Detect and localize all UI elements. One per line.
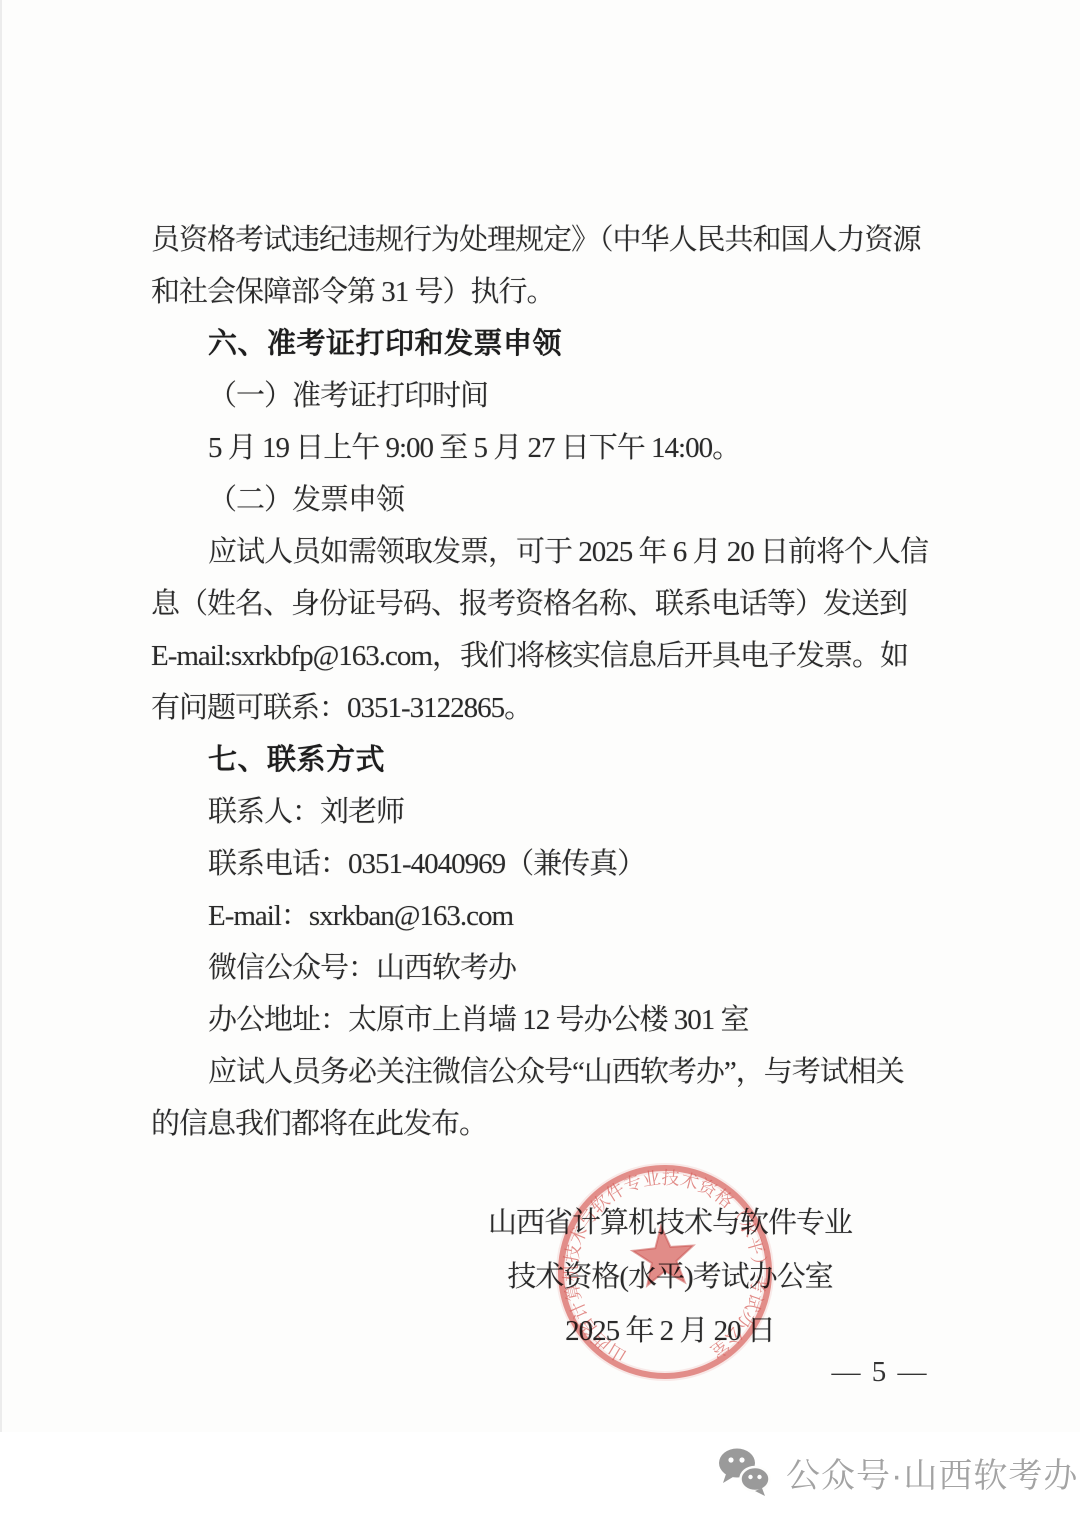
wechat-account-line: 微信公众号：山西软考办 (151, 942, 933, 994)
section-heading-7: 七、联系方式 (151, 734, 933, 786)
body-line: 息（姓名、身份证号码、报考资格名称、联系电话等）发送到 (151, 578, 933, 630)
footer-bar: 公众号·山西软考办 (0, 1432, 1080, 1526)
body-line: 和社会保障部令第 31 号）执行。 (151, 266, 933, 318)
document-page: 员资格考试违纪违规行为处理规定》（中华人民共和国人力资源 和社会保障部令第 31… (0, 0, 1080, 1526)
footer-branding: 公众号·山西软考办 (716, 1446, 1078, 1498)
body-line: 有问题可联系：0351-3122865。 (151, 682, 933, 734)
section-heading-6: 六、准考证打印和发票申领 (151, 318, 933, 370)
office-address-line: 办公地址：太原市上肖墙 12 号办公楼 301 室 (151, 994, 933, 1046)
body-line: 员资格考试违纪违规行为处理规定》（中华人民共和国人力资源 (151, 214, 933, 266)
body-line: 应试人员务必关注微信公众号“山西软考办”，与考试相关 (151, 1046, 933, 1098)
wechat-icon (716, 1446, 772, 1498)
body-line: （一）准考证打印时间 (151, 370, 933, 422)
body-line: E-mail:sxrkbfp@163.com，我们将核实信息后开具电子发票。如 (151, 630, 933, 682)
body-line: （二）发票申领 (151, 474, 933, 526)
signature-date: 2025 年 2 月 20 日 (484, 1304, 856, 1358)
footer-label: 公众号·山西软考办 (786, 1448, 1078, 1497)
signature-org-line1: 山西省计算机技术与软件专业 (484, 1196, 856, 1250)
body-line: 应试人员如需领取发票，可于 2025 年 6 月 20 日前将个人信 (151, 526, 933, 578)
contact-email-line: E-mail：sxrkban@163.com (151, 890, 933, 942)
body-line: 的信息我们都将在此发布。 (151, 1098, 933, 1150)
body-line: 5 月 19 日上午 9:00 至 5 月 27 日下午 14:00。 (151, 422, 933, 474)
page-number: — 5 — (820, 1356, 940, 1389)
signature-org-line2: 技术资格(水平)考试办公室 (484, 1250, 856, 1304)
contact-person-line: 联系人：刘老师 (151, 786, 933, 838)
signature-block: 山西省计算机技术与软件专业 技术资格(水平)考试办公室 2025 年 2 月 2… (484, 1196, 856, 1358)
document-body: 员资格考试违纪违规行为处理规定》（中华人民共和国人力资源 和社会保障部令第 31… (151, 214, 933, 1150)
contact-phone-line: 联系电话：0351-4040969（兼传真） (151, 838, 933, 890)
